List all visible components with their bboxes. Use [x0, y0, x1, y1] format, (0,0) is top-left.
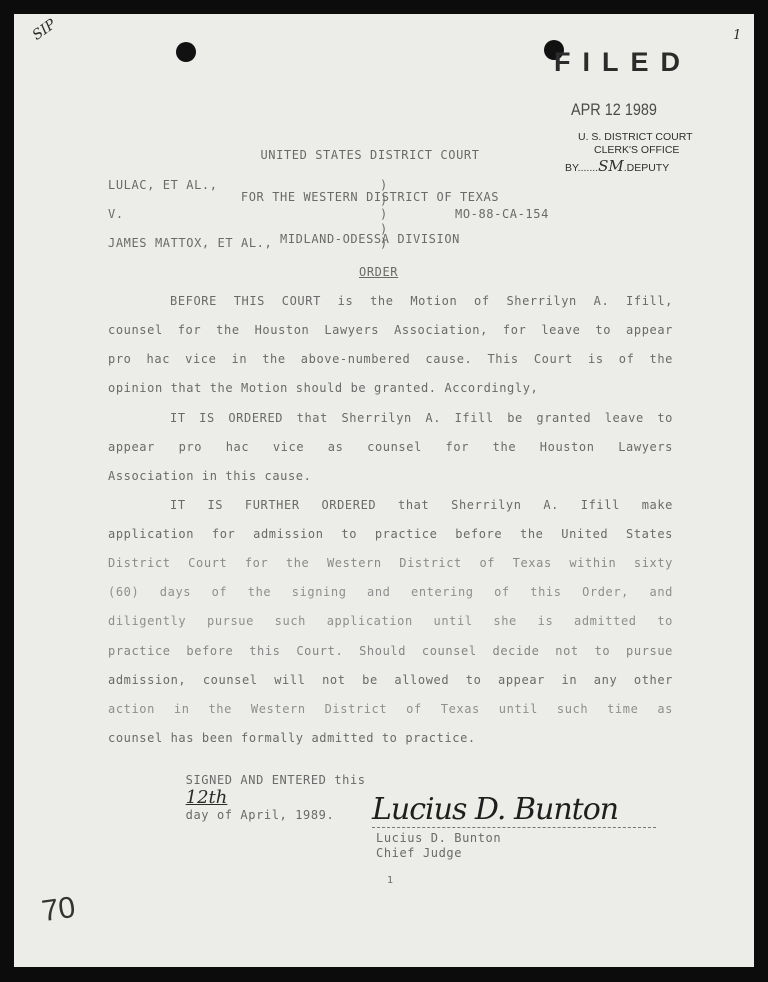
caption-paren: ): [380, 178, 388, 192]
filed-stamp-title: FILED: [554, 47, 692, 78]
caption-paren: ): [380, 207, 388, 221]
order-line: application for admission to practice be…: [108, 527, 673, 541]
order-line: diligently pursue such application until…: [108, 614, 673, 628]
order-line: BEFORE THIS COURT is the Motion of Sherr…: [170, 294, 673, 308]
caption-paren: ): [380, 222, 388, 236]
court-name: UNITED STATES DISTRICT COURT: [200, 148, 540, 162]
order-line: practice before this Court. Should couns…: [108, 644, 673, 658]
judge-signature: Lucius D. Bunton: [372, 792, 618, 827]
order-line: (60) days of the signing and entering of…: [108, 585, 673, 599]
order-line: IT IS ORDERED that Sherrilyn A. Ifill be…: [170, 411, 673, 425]
order-line: counsel has been formally admitted to pr…: [108, 731, 673, 745]
signature-line: [372, 827, 656, 828]
plaintiff: LULAC, ET AL.,: [108, 178, 218, 192]
page-mark-annotation: 1: [733, 28, 741, 43]
filed-stamp-deputy-label: .DEPUTY: [624, 162, 670, 174]
case-number: MO-88-CA-154: [455, 207, 549, 221]
order-line: pro hac vice in the above-numbered cause…: [108, 352, 673, 366]
deputy-signature: SM: [598, 157, 624, 175]
order-line: Association in this cause.: [108, 469, 673, 483]
filed-stamp-date: APR 12 1989: [571, 100, 657, 120]
filed-stamp-office: CLERK'S OFFICE: [594, 144, 679, 156]
signed-suffix: day of April, 1989.: [186, 808, 335, 822]
order-line: appear pro hac vice as counsel for the H…: [108, 440, 673, 454]
order-line: admission, counsel will not be allowed t…: [108, 673, 673, 687]
order-line: IT IS FURTHER ORDERED that Sherrilyn A. …: [170, 498, 673, 512]
filed-stamp-by: BY.......: [565, 162, 598, 174]
judge-name: Lucius D. Bunton: [376, 831, 501, 845]
caption-paren: ): [380, 193, 388, 207]
defendant: JAMES MATTOX, ET AL.,: [108, 236, 272, 250]
signed-entered-line: SIGNED AND ENTERED this 12th day of Apri…: [170, 759, 366, 822]
order-line: opinion that the Motion should be grante…: [108, 381, 673, 395]
versus: V.: [108, 207, 124, 221]
filed-stamp-court: U. S. DISTRICT COURT: [578, 131, 693, 143]
caption-paren: ): [380, 236, 388, 250]
punch-hole-left: [176, 42, 196, 62]
court-district: FOR THE WESTERN DISTRICT OF TEXAS: [200, 190, 540, 204]
order-title: ORDER: [359, 265, 398, 279]
order-line: District Court for the Western District …: [108, 556, 673, 570]
page-number: 1: [387, 875, 394, 886]
judge-title: Chief Judge: [376, 846, 462, 860]
document-number-annotation: 70: [40, 891, 78, 929]
signed-day: 12th: [186, 787, 228, 808]
order-line: action in the Western District of Texas …: [108, 702, 673, 716]
order-line: counsel for the Houston Lawyers Associat…: [108, 323, 673, 337]
filed-stamp-deputy: BY.......SM.DEPUTY: [565, 157, 669, 175]
signed-prefix: SIGNED AND ENTERED this: [186, 773, 366, 787]
